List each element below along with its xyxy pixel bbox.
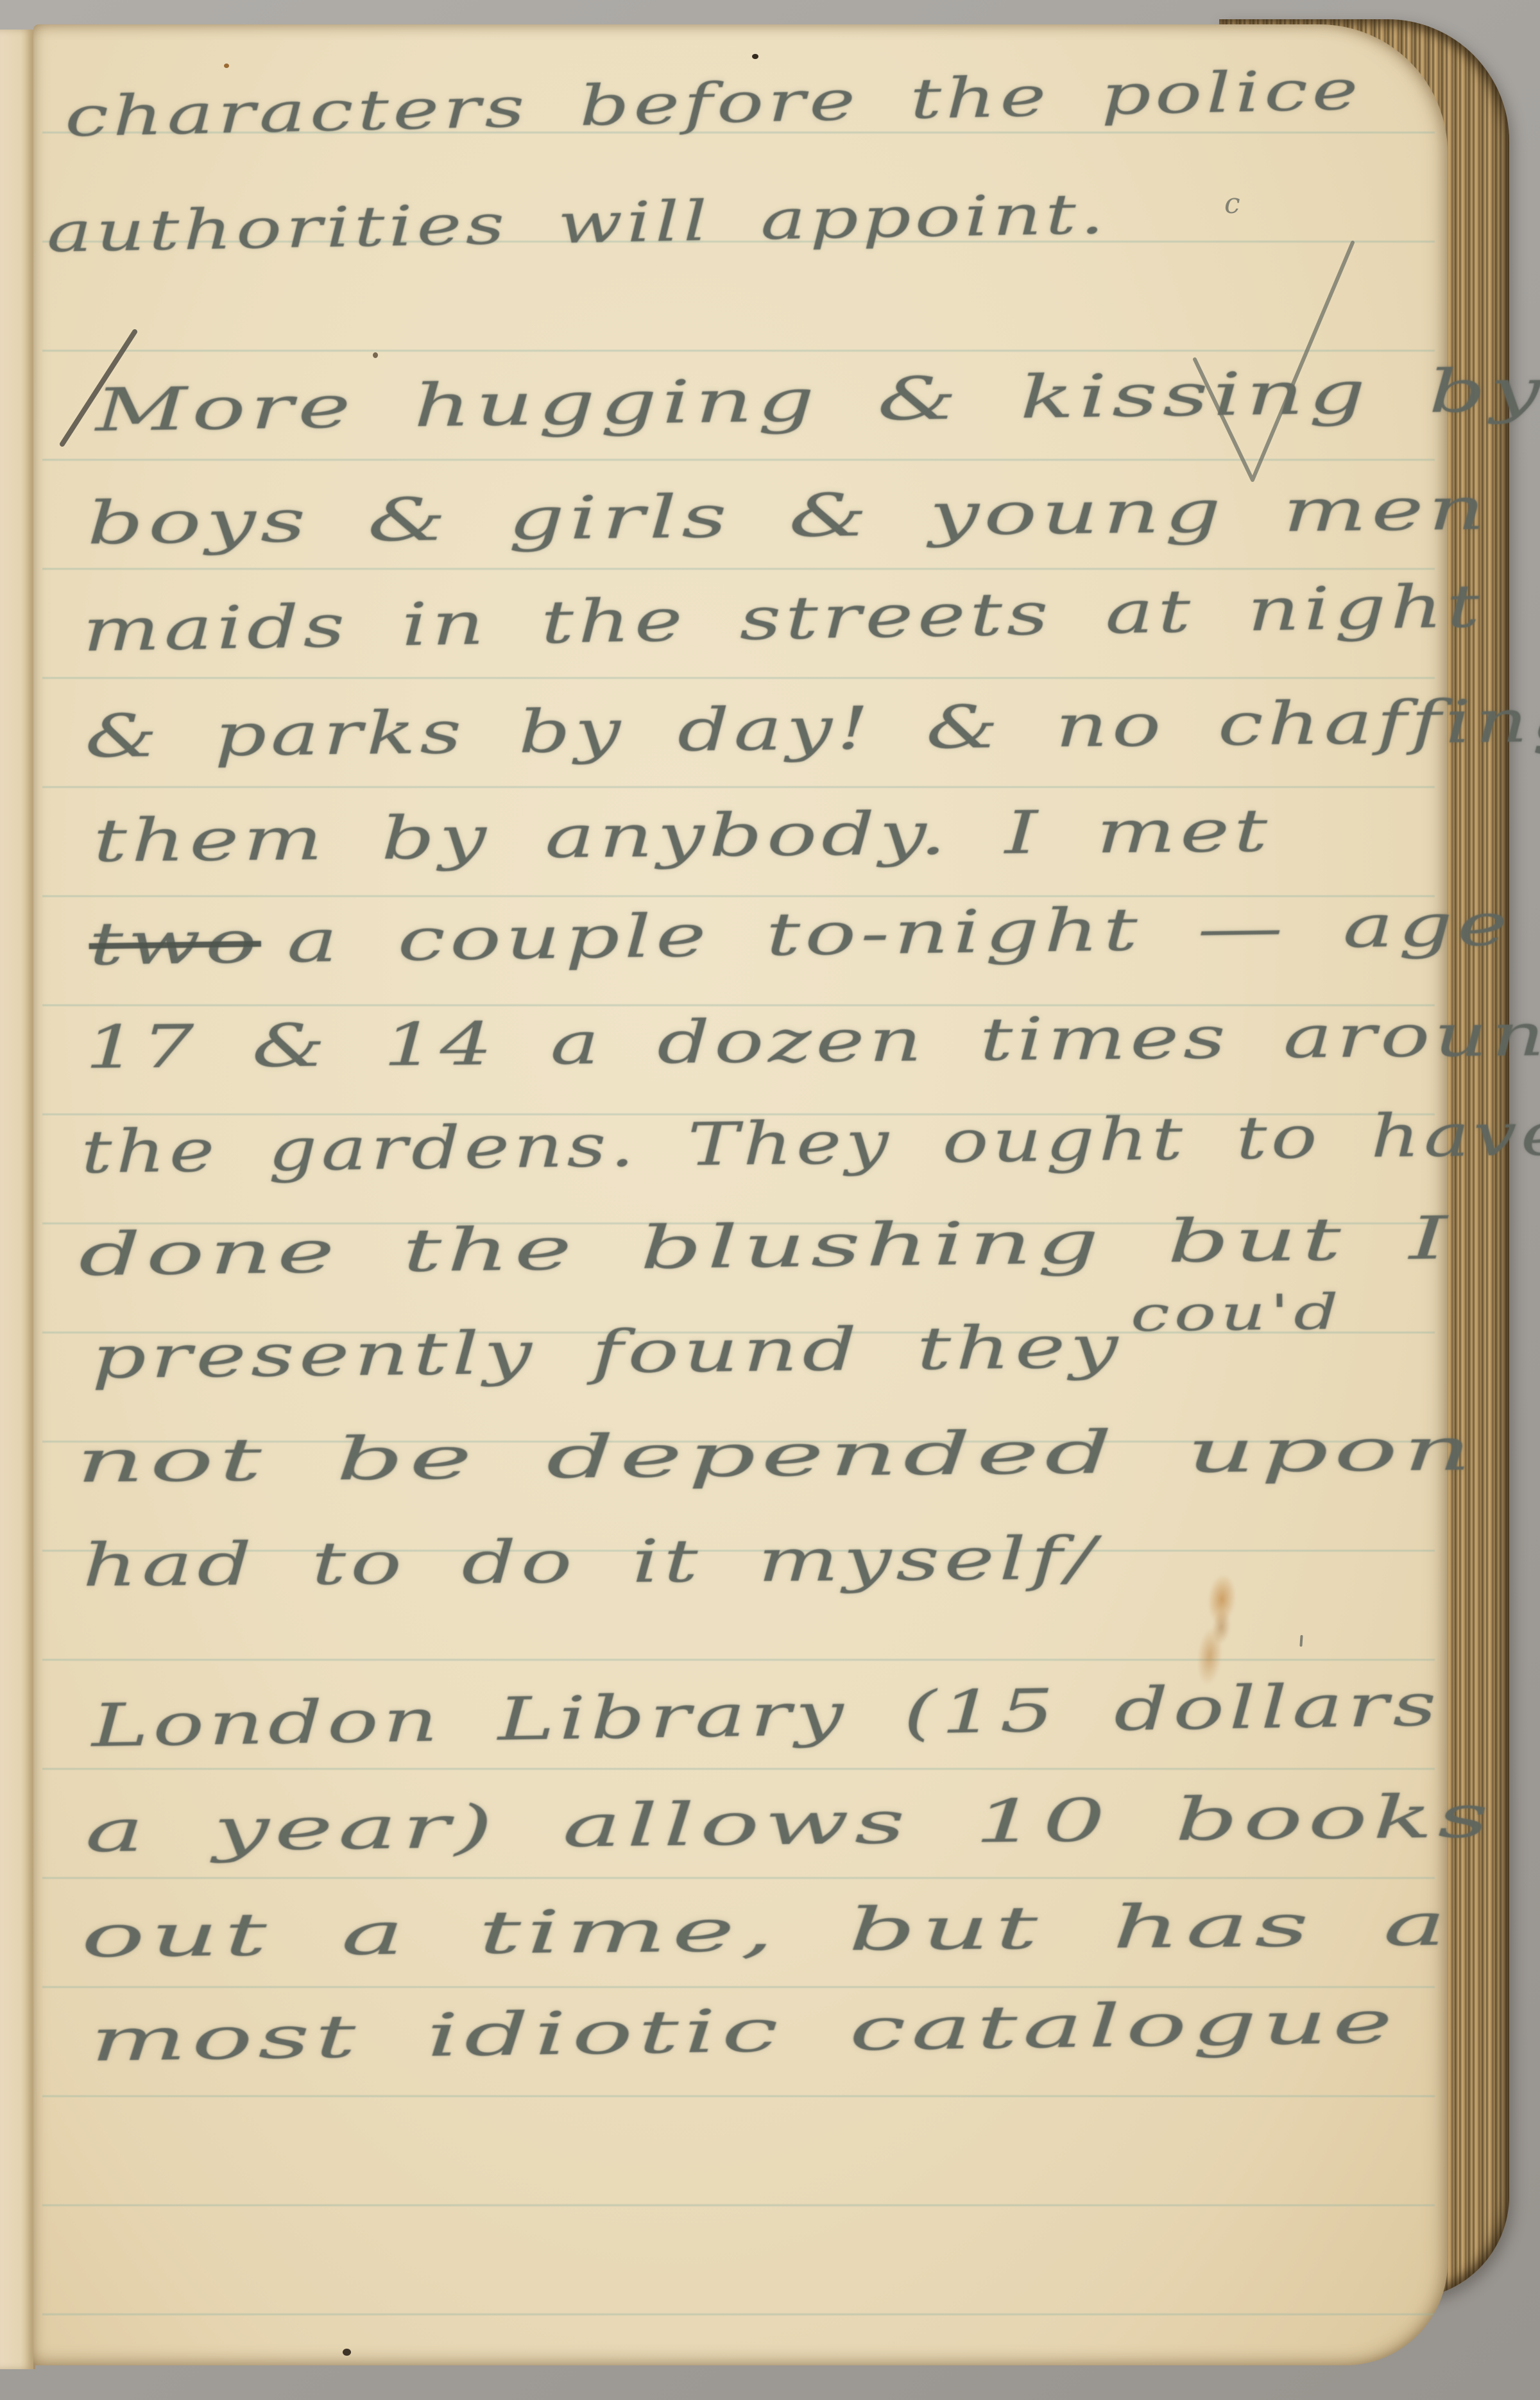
handwritten-line: presently found theycou'd — [91, 1314, 1344, 1389]
struck-word: two — [89, 907, 262, 979]
handwritten-line: had to do it myself/ — [82, 1528, 1100, 1597]
handwritten-line: boys & girls & young men & — [87, 477, 1540, 555]
handwritten-line: out a time, but has a — [81, 1894, 1452, 1967]
handwritten-line: a year) allows 10 books — [85, 1786, 1494, 1863]
interlinear-insertion: cou'd — [1130, 1287, 1343, 1341]
gutter-page-edge — [0, 30, 35, 2369]
handwritten-line: 17 & 14 a dozen times around — [85, 1004, 1540, 1079]
caret-mark: c — [1224, 187, 1240, 220]
notebook-page-photo: characters before the police authorities… — [0, 0, 1540, 2400]
handwritten-line: & parks by day! & no chaffing — [85, 690, 1540, 767]
handwritten-line: them by anybody. I met — [93, 800, 1272, 873]
paper-speck — [343, 2349, 351, 2356]
pin-hole-speck — [373, 352, 378, 358]
handwritten-line: not be depended upon & — [76, 1418, 1540, 1493]
paper-speck — [224, 64, 229, 68]
ink-speck — [752, 54, 758, 59]
handwritten-line: done the blushing but I — [78, 1208, 1453, 1287]
